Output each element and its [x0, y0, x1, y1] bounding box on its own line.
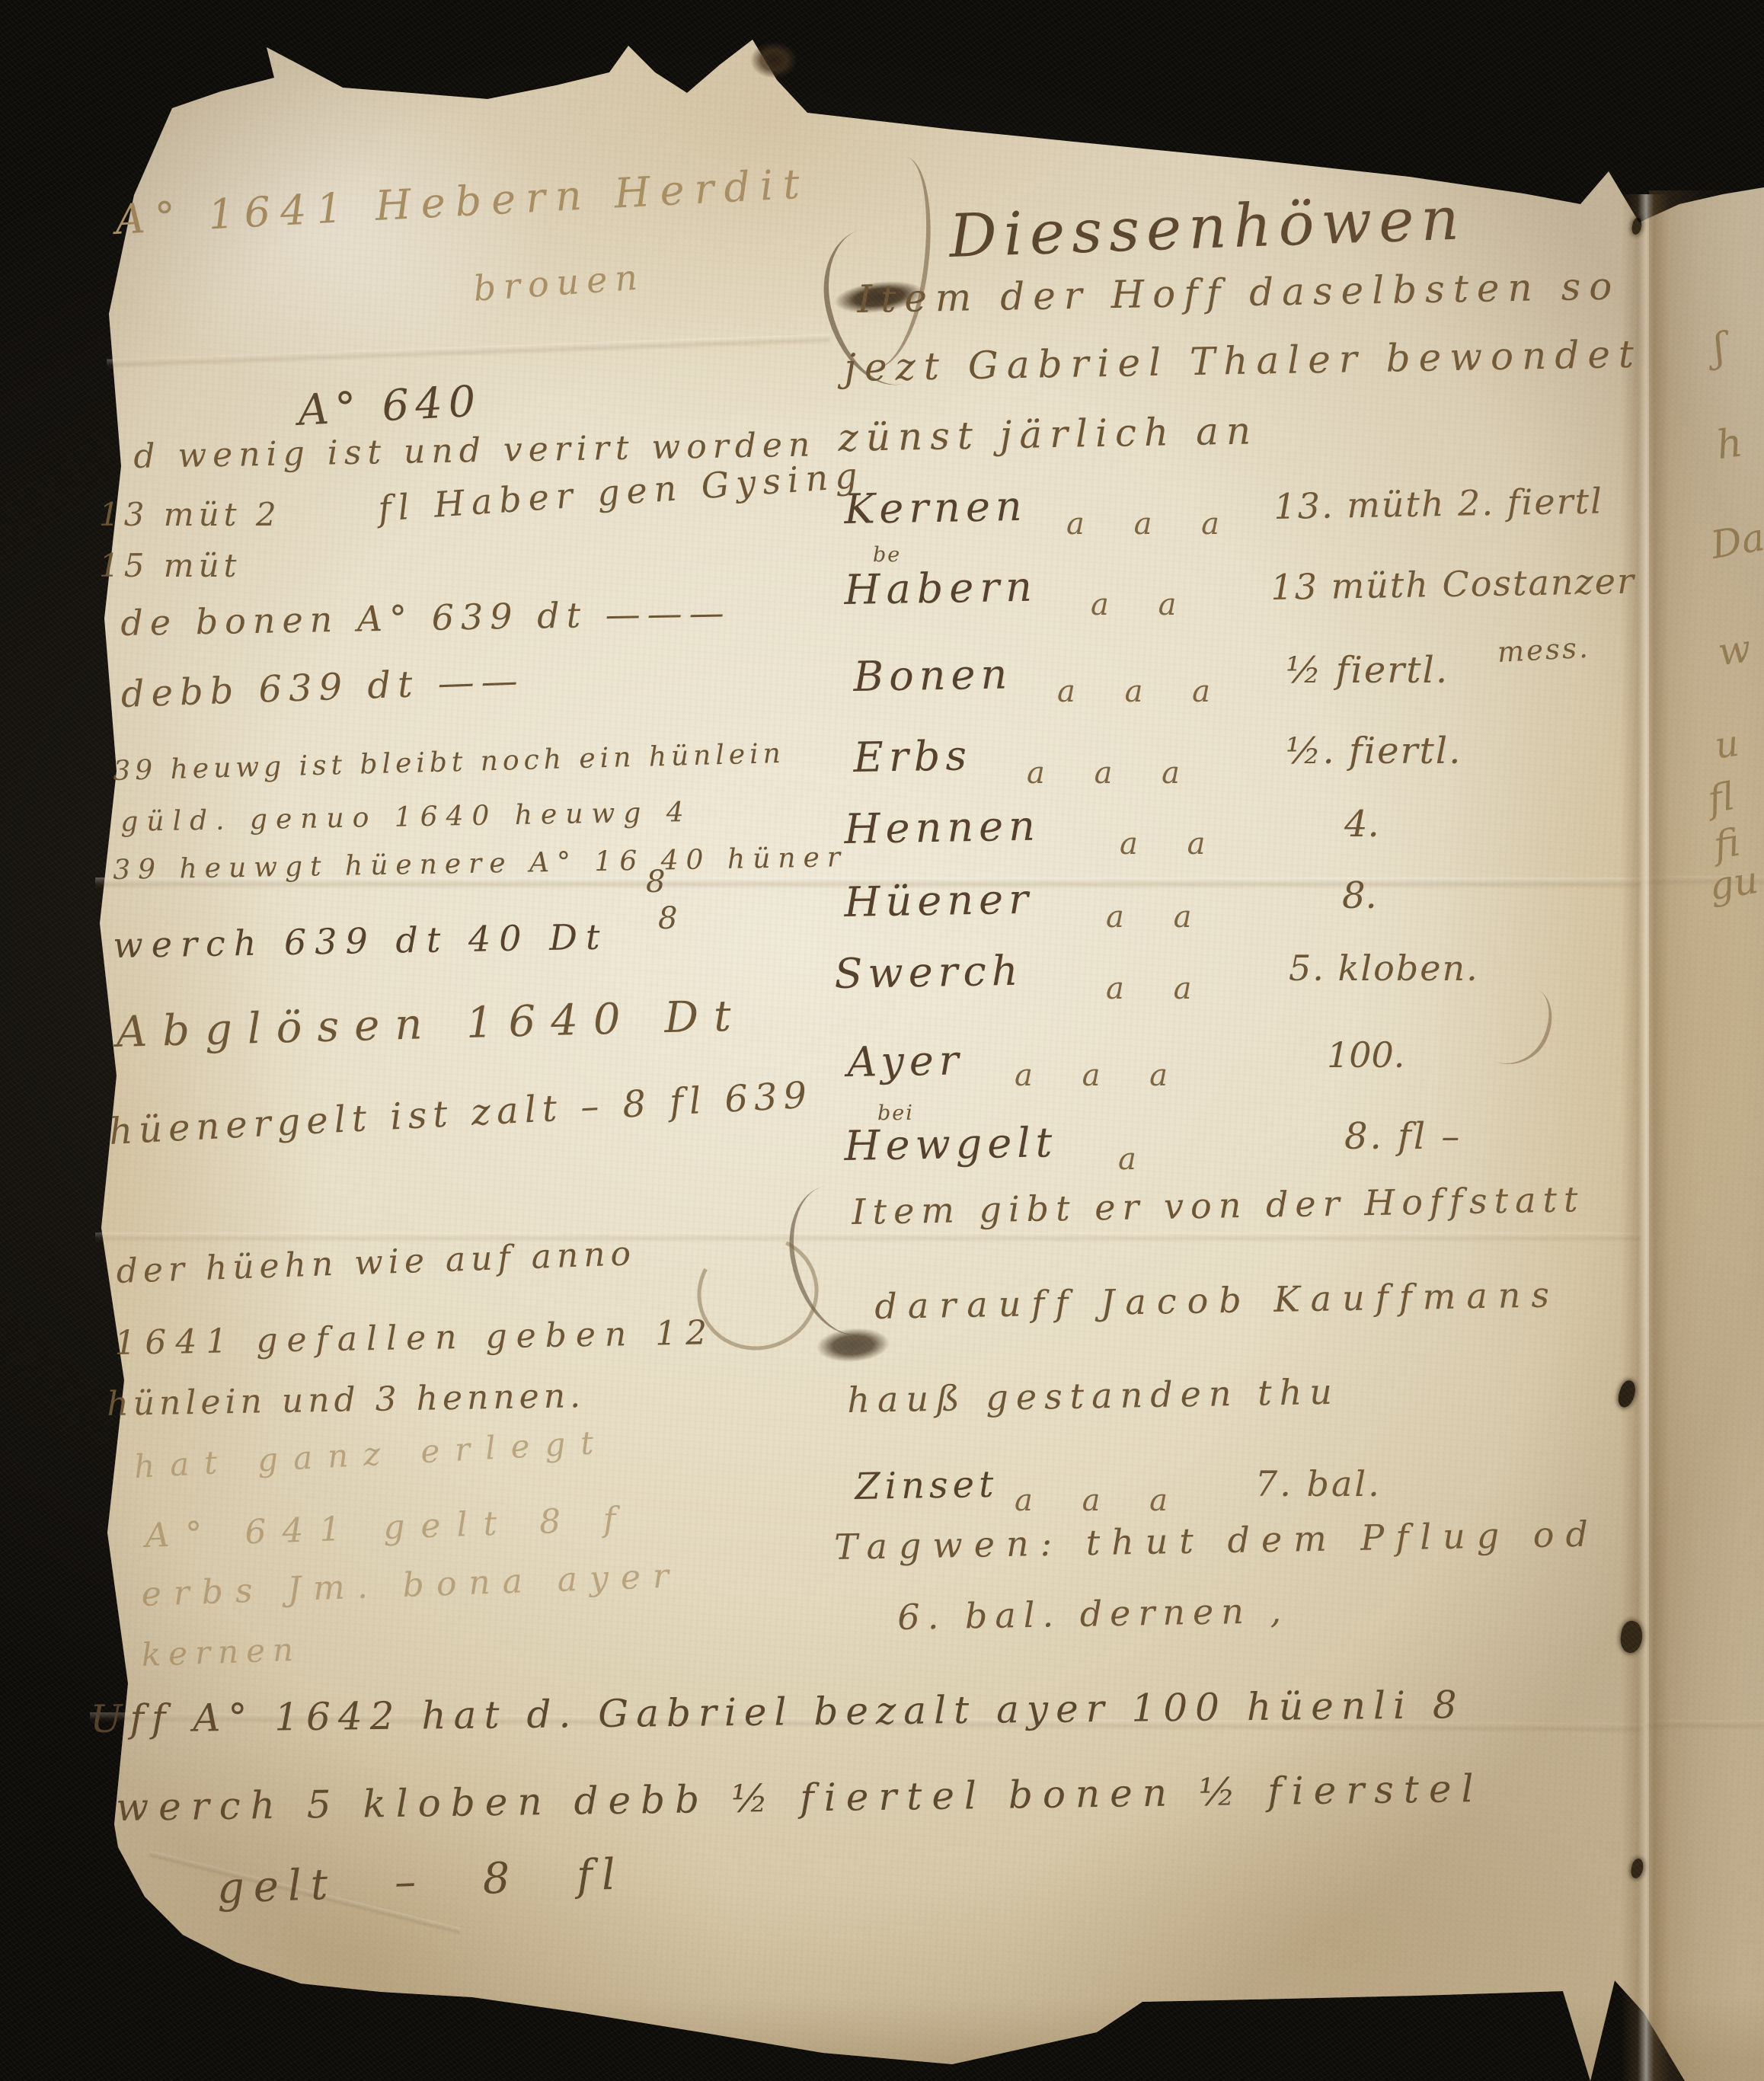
margin-note-figure: 8 [646, 867, 665, 897]
photograph-of-manuscript: A° 1641 Hebern Herdit brouen A° 640 d we… [0, 0, 1764, 2081]
margin-note-figure: 8 [658, 903, 677, 934]
tagwen-line: 6. bal. dernen , [897, 1593, 1289, 1635]
entry-line: zünst järlich an [838, 411, 1258, 457]
ditto-marks: a a a [1057, 676, 1230, 707]
facing-page-fragment: gu [1706, 858, 1762, 909]
hoffstatt-line: hauß gestanden thu [847, 1374, 1340, 1418]
rent-item-value: ½. fiertl. [1286, 733, 1462, 769]
margin-note: de bonen A° 639 dt ——— [120, 595, 731, 641]
margin-note: 13 müt 2 [99, 499, 281, 531]
rent-item-label: Habern [844, 567, 1038, 611]
ditto-marks: a [1118, 1144, 1156, 1175]
margin-note: 15 müt [99, 550, 241, 582]
rent-item-value: ½ fiertl. [1286, 652, 1449, 689]
rent-item-label: Erbs [853, 735, 972, 778]
ditto-marks: a a [1091, 590, 1196, 620]
ditto-marks: a a [1106, 902, 1211, 932]
facing-page-fragment: Da [1708, 515, 1764, 567]
ditto-marks: a a a [1027, 758, 1200, 788]
rent-item-label: Ayer [847, 1040, 964, 1083]
rent-item-label: Kernen [844, 486, 1027, 530]
superscript-note: be [873, 545, 901, 565]
rent-item-value: 13. müth 2. fiertl [1273, 483, 1603, 524]
faded-note: kernen [141, 1634, 302, 1671]
rent-item-value: 4. [1344, 806, 1379, 842]
hoffstatt-item-label: Zinset [855, 1466, 999, 1505]
margin-note: hünlein und 3 hennen. [107, 1379, 585, 1421]
ditto-marks: a a a [1066, 509, 1239, 539]
rent-item-label: Hüener [844, 879, 1034, 923]
rent-item-value: 8. [1342, 877, 1377, 914]
rent-item-value: 5. kloben. [1289, 951, 1479, 986]
ditto-marks: a a [1120, 829, 1225, 859]
facing-page-fragment: w [1715, 626, 1753, 674]
year-heading: A° 640 [297, 380, 483, 433]
hoffstatt-item-value: 7. bal. [1255, 1466, 1382, 1501]
place-heading: Diessenhöwen [948, 189, 1467, 267]
rent-item-label: Hewgelt [844, 1122, 1058, 1167]
ditto-marks: a a a [1015, 1485, 1187, 1516]
ink-spot-top-notch [750, 42, 797, 78]
ditto-marks: a a a [1015, 1060, 1187, 1091]
rent-item-value: 8. fl – [1344, 1118, 1462, 1155]
margin-note: werch 639 dt 40 Dt [113, 919, 609, 963]
rent-item-value-note: mess. [1497, 634, 1590, 666]
ditto-marks: a a [1106, 973, 1211, 1004]
rent-item-value: 100. [1327, 1037, 1404, 1072]
rent-item-label: Bonen [853, 654, 1013, 698]
rent-item-label: Swerch [834, 951, 1024, 995]
rent-item-label: Hennen [844, 806, 1040, 850]
rent-item-value: 13 müth Costanzer [1270, 564, 1635, 605]
